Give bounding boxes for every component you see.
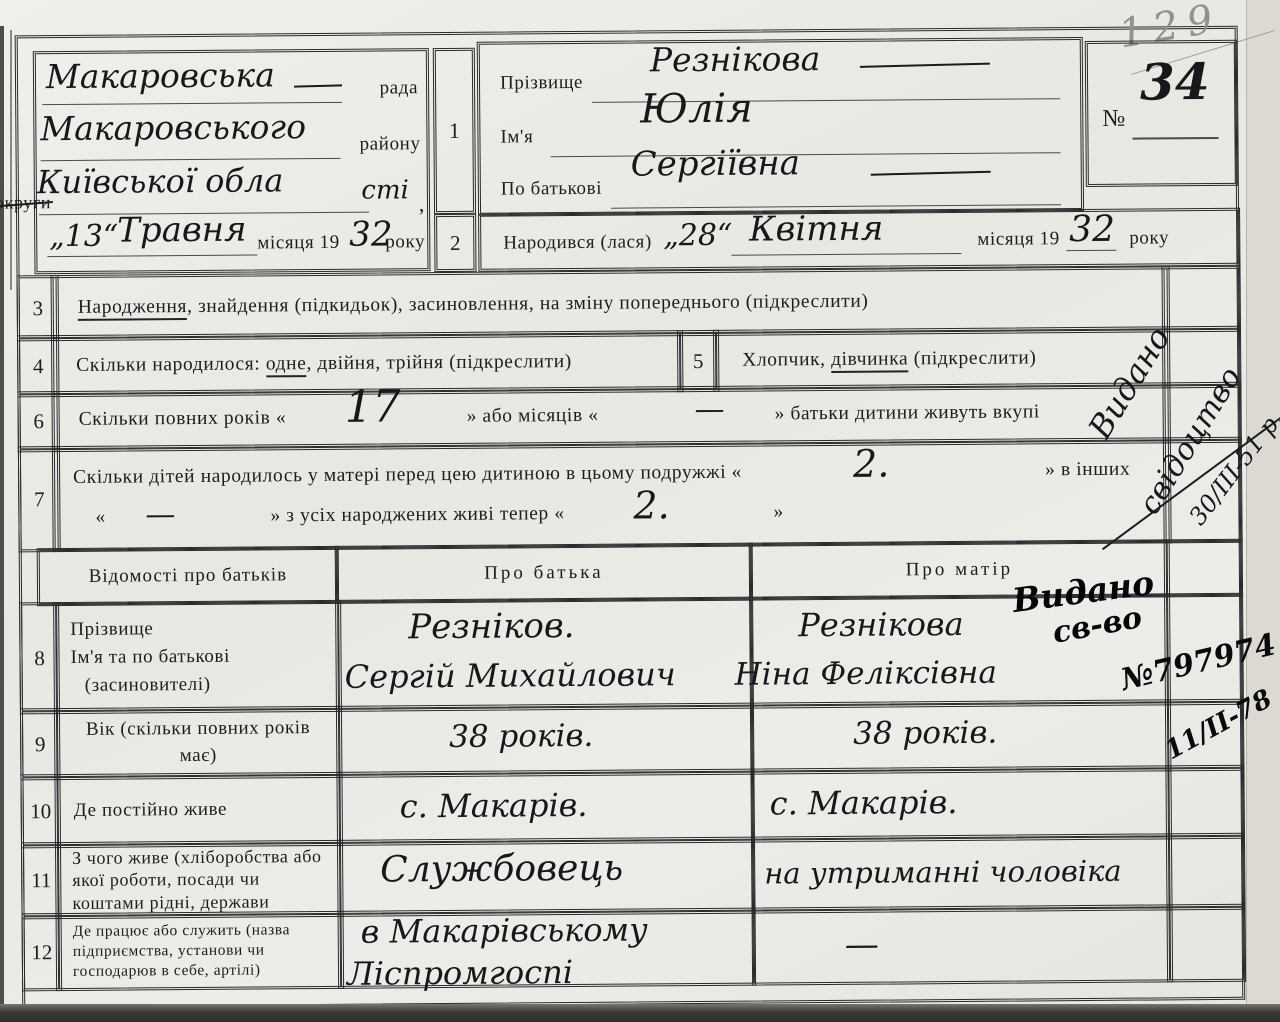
row8-mother-cell: Резнікова Ніна Феліксівна Видано св-во [749, 593, 1171, 708]
act-number-value: 34 [1140, 57, 1210, 108]
region-name-handwritten: Київської обла [37, 164, 284, 198]
mother-residence: с. Макарів. [770, 786, 958, 819]
row12-margin-cell [1167, 904, 1247, 983]
region-suffix-handwritten: сті [361, 177, 409, 203]
row8-label-line1: Прізвище [70, 618, 153, 641]
row11-label-cell: З чого живе (хліборобства або якої робот… [55, 840, 344, 919]
birth-date-row: Народився (лася) „28“ Квітня місяця 19 3… [478, 208, 1240, 272]
row4-text-pre: Скільки народилося: [76, 353, 260, 375]
mother-occupation: на утриманні чоловіка [764, 857, 1122, 889]
father-surname: Резніков. [408, 609, 574, 644]
father-occupation: Службовець [380, 851, 623, 889]
row8-label-line3: (засиновителі) [85, 674, 211, 697]
name-value: Юлія [640, 89, 753, 130]
row6-label-months: » або місяців « [467, 405, 599, 428]
row10-label: Де постійно живе [74, 799, 227, 822]
comma: , [419, 191, 425, 217]
parents-table-header-info: Відомості про батьків [37, 546, 339, 606]
row11-mother-cell: на утриманні чоловіка [751, 833, 1173, 913]
row10-margin-cell [1165, 765, 1245, 840]
row4-text-post: , двійня, трійня (підкреслити) [306, 351, 572, 374]
margin-annotation-word1: Видано [1083, 322, 1175, 444]
ink-flourish [860, 63, 990, 68]
row9-mother-cell: 38 років. [750, 699, 1172, 774]
mother-surname: Резнікова [798, 608, 964, 641]
patronymic-value: Сергіївна [631, 146, 801, 181]
form-line [47, 255, 257, 258]
form-line [1132, 137, 1218, 140]
ink-flourish [871, 171, 991, 176]
row12-label-cell: Де працює або служить (назва підприємств… [56, 911, 345, 991]
row9-margin-cell: 11/ІІ-78 [1165, 699, 1245, 772]
surname-value: Резнікова [650, 42, 821, 76]
council-label: рада [380, 77, 419, 99]
row11-label: З чого живе (хліборобства або якої робот… [72, 845, 331, 915]
row7-line1-value: 2. [853, 445, 890, 483]
scan-bottom-shadow [0, 1004, 1280, 1022]
row3-underlined-word: Народження [78, 296, 187, 321]
roku-label: року [385, 231, 425, 253]
row11-margin-cell [1166, 833, 1246, 911]
mother-name-patronymic: Ніна Феліксівна [735, 658, 997, 691]
name-label: Ім'я [500, 126, 533, 148]
row12-label: Де працює або служить (назва підприємств… [73, 920, 333, 982]
okruha-label-struck: округи [0, 192, 51, 212]
row10-father-cell: с. Макарів. [336, 769, 755, 846]
act-number-box: № 34 [1085, 40, 1238, 187]
row8-label-cell: Прізвище Ім'я та по батькові (засиновите… [53, 600, 342, 714]
row9-label-cell: Вік (скільки повних років має) [54, 706, 343, 780]
district-label: району [360, 133, 421, 155]
row7-line2-dash: — [145, 500, 175, 530]
council-name-handwritten: Макаровська [46, 58, 275, 93]
patronymic-label: По батькові [501, 178, 602, 201]
row5-text-post: (підкреслити) [914, 347, 1037, 369]
row7-cell: Скільки дітей народилось у матері перед … [52, 437, 1172, 552]
father-workplace-line1: в Макарівському [361, 913, 648, 947]
form-line [41, 158, 341, 161]
row-number-2: 2 [434, 214, 476, 272]
row6-label-years: Скільки повних років « [79, 407, 287, 431]
row7-line2-open: « [95, 507, 106, 529]
child-name-box: Прізвище Резнікова Ім'я Юлія По батькові… [477, 37, 1084, 216]
month-year-label: місяця 19 [257, 232, 340, 255]
row7-line2-close: » [773, 501, 784, 523]
born-label: Народився (лася) [503, 231, 652, 254]
father-name-patronymic: Сергій Михайлович [345, 658, 676, 693]
row6-months-value: — [694, 395, 724, 425]
row5-underlined-word: дівчинка [831, 348, 908, 373]
mother-age: 38 років. [853, 718, 997, 750]
registration-form: 129 Макаровська рада Макаровського район… [0, 0, 1280, 1022]
row8-margin-cell: №797974 [1164, 593, 1244, 706]
row8-father-cell: Резніков. Сергій Михайлович [335, 597, 754, 712]
row7-line2-value: 2. [633, 486, 670, 524]
month-year-label-2: місяця 19 [977, 228, 1060, 251]
scanned-birth-record: 129 Макаровська рада Макаровського район… [0, 0, 1280, 1022]
row10-mother-cell: с. Макарів. [750, 765, 1172, 842]
margin-annotation: Видано свідоцтво 30/ІІІ-51 р. [1049, 295, 1280, 557]
mother-workplace-dash: — [845, 928, 877, 962]
act-number-label: № [1102, 106, 1126, 133]
surname-label: Прізвище [500, 72, 583, 95]
birth-month-value: Квітня [749, 212, 883, 247]
birth-day-value: „28“ [663, 221, 732, 252]
row7-line2-label: » з усіх народжених живі тепер « [270, 503, 564, 527]
birth-year-value: 32 [1069, 212, 1115, 248]
council-box: Макаровська рада Макаровського району Ки… [33, 48, 431, 274]
parents-table-header-father: Про батька [335, 543, 753, 604]
row12-father-cell: в Макарівському Ліспромгоспі [338, 908, 757, 989]
row10-label-cell: Де постійно живе [54, 772, 343, 848]
row4-underlined-word: одне [266, 353, 307, 377]
father-age: 38 років. [449, 721, 593, 753]
roku-label-2: року [1129, 227, 1169, 249]
row11-father-cell: Службовець [337, 837, 756, 917]
row12-mother-cell: — [752, 904, 1174, 985]
father-workplace-line2: Ліспромгоспі [347, 956, 573, 990]
row6-years-value: 17 [344, 385, 400, 429]
row-number-1: 1 [433, 48, 476, 214]
row8-label-line2: Ім'я та по батькові [70, 646, 230, 669]
form-line [1066, 250, 1116, 251]
row3-text: , знайдення (підкидьок), засиновлення, н… [187, 291, 869, 317]
row9-label: Вік (скільки повних років має) [75, 715, 321, 770]
form-line [551, 152, 1061, 157]
row6-label-rest: » батьки дитини живуть вкупі [775, 401, 1040, 425]
registration-month-handwritten: Травня [117, 213, 247, 248]
ink-flourish [294, 84, 342, 87]
row9-father-cell: 38 років. [336, 703, 755, 778]
row5-text-pre: Хлопчик, [742, 349, 826, 371]
form-line [731, 253, 961, 256]
father-residence: с. Макарів. [400, 789, 588, 822]
registration-day-handwritten: „13“ [49, 222, 118, 253]
form-line [42, 102, 342, 105]
district-name-handwritten: Макаровського [40, 110, 306, 145]
